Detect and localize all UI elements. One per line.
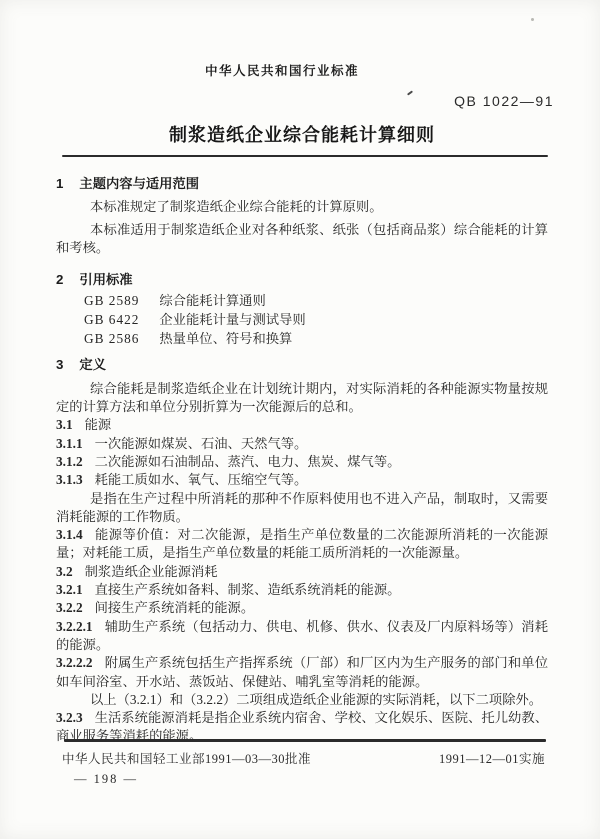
section-title: 引用标准	[79, 272, 132, 287]
clause-3-1-4: 3.1.4能源等价值：对二次能源，是指生产单位数量的二次能源所消耗的一次能源量；…	[56, 526, 548, 563]
clause-text: 制浆造纸企业能源消耗	[85, 564, 218, 579]
clause-text: 耗能工质如水、氧气、压缩空气等。	[95, 472, 308, 487]
clause-3-2-1: 3.2.1直接生产系统如备料、制浆、造纸系统消耗的能源。	[56, 581, 548, 599]
clause-number: 3.2.2	[56, 600, 83, 615]
paragraph: 本标准规定了制浆造纸企业综合能耗的计算原则。	[56, 198, 548, 216]
section-number: 3	[56, 357, 63, 372]
clause-3-2-2: 3.2.2间接生产系统消耗的能源。	[56, 599, 548, 617]
page-number: — 198 —	[74, 772, 138, 787]
clause-3-1-2: 3.1.2二次能源如石油制品、蒸汽、电力、焦炭、煤气等。	[56, 453, 548, 471]
reference-code: GB 6422	[84, 312, 139, 327]
clause-3-1: 3.1能源	[56, 416, 548, 434]
section-title: 定义	[79, 357, 106, 372]
clause-text: 辅助生产系统（包括动力、供电、机修、供水、仪表及厂内原料场等）消耗的能源。	[56, 619, 548, 652]
clause-number: 3.2.1	[56, 582, 83, 597]
clause-number: 3.1.1	[56, 436, 83, 451]
reference-item: GB 2586热量单位、符号和换算	[84, 329, 548, 348]
implementation-note: 1991—12—01实施	[439, 749, 545, 767]
clause-text: 直接生产系统如备料、制浆、造纸系统消耗的能源。	[95, 582, 401, 597]
reference-title: 热量单位、符号和换算	[159, 331, 292, 346]
clause-number: 3.1.4	[56, 527, 83, 542]
section-1-heading: 1主题内容与适用范围	[56, 175, 548, 193]
standard-category-label: 中华人民共和国行业标准	[36, 63, 528, 80]
paragraph: 以上（3.2.1）和（3.2.2）二项组成造纸企业能源的实际消耗，以下二项除外。	[56, 691, 548, 709]
clause-text: 一次能源如煤炭、石油、天然气等。	[95, 436, 308, 451]
footer-divider	[64, 739, 546, 742]
clause-number: 3.2.2.2	[56, 655, 93, 670]
clause-number: 3.1	[56, 417, 73, 432]
scan-artifact-speck	[531, 18, 534, 21]
section-3-heading: 3定义	[56, 356, 548, 374]
clause-text: 能源	[85, 417, 112, 432]
reference-title: 企业能耗计量与测试导则	[159, 312, 305, 327]
clause-text: 能源等价值：对二次能源，是指生产单位数量的二次能源所消耗的一次能源量；对耗能工质…	[56, 527, 548, 560]
page-content: 中华人民共和国行业标准 QB 1022—91 制浆造纸企业综合能耗计算细则 1主…	[0, 63, 600, 746]
section-title: 主题内容与适用范围	[79, 176, 199, 191]
clause-3-2-2-1: 3.2.2.1辅助生产系统（包括动力、供电、机修、供水、仪表及厂内原料场等）消耗…	[56, 618, 548, 655]
paragraph: 是指在生产过程中所消耗的那种不作原料使用也不进入产品，制取时，又需要消耗能源的工…	[56, 490, 548, 527]
standard-code: QB 1022—91	[56, 93, 554, 109]
clause-number: 3.2.3	[56, 710, 83, 725]
reference-code: GB 2586	[84, 331, 139, 346]
paragraph: 综合能耗是制浆造纸企业在计划统计期内，对实际消耗的各种能源实物量按规定的计算方法…	[56, 380, 548, 417]
clause-3-2: 3.2制浆造纸企业能源消耗	[56, 563, 548, 581]
clause-number: 3.2	[56, 564, 73, 579]
section-number: 1	[56, 176, 63, 191]
clause-3-1-3: 3.1.3耗能工质如水、氧气、压缩空气等。	[56, 471, 548, 489]
document-body: 1主题内容与适用范围 本标准规定了制浆造纸企业综合能耗的计算原则。 本标准适用于…	[56, 175, 548, 746]
title-divider	[62, 155, 548, 157]
section-number: 2	[56, 272, 63, 287]
clause-number: 3.1.3	[56, 472, 83, 487]
paragraph: 本标准适用于制浆造纸企业对各种纸浆、纸张（包括商品浆）综合能耗的计算和考核。	[56, 221, 548, 258]
reference-item: GB 2589综合能耗计算通则	[84, 291, 548, 310]
clause-3-1-1: 3.1.1一次能源如煤炭、石油、天然气等。	[56, 435, 548, 453]
section-2-heading: 2引用标准	[56, 271, 548, 289]
clause-number: 3.1.2	[56, 454, 83, 469]
footer: 中华人民共和国轻工业部1991—03—30批准 1991—12—01实施	[62, 749, 545, 767]
clause-text: 间接生产系统消耗的能源。	[95, 600, 255, 615]
clause-text: 附属生产系统包括生产指挥系统（厂部）和厂区内为生产服务的部门和单位如车间浴室、开…	[56, 655, 548, 688]
approval-note: 中华人民共和国轻工业部1991—03—30批准	[62, 749, 311, 767]
document-title: 制浆造纸企业综合能耗计算细则	[56, 122, 548, 148]
clause-number: 3.2.2.1	[56, 619, 93, 634]
clause-text: 二次能源如石油制品、蒸汽、电力、焦炭、煤气等。	[95, 454, 401, 469]
scanned-standard-page: 中华人民共和国行业标准 QB 1022—91 制浆造纸企业综合能耗计算细则 1主…	[0, 0, 600, 839]
reference-title: 综合能耗计算通则	[159, 293, 265, 308]
reference-item: GB 6422企业能耗计量与测试导则	[84, 310, 548, 329]
clause-3-2-2-2: 3.2.2.2附属生产系统包括生产指挥系统（厂部）和厂区内为生产服务的部门和单位…	[56, 654, 548, 691]
reference-code: GB 2589	[84, 293, 139, 308]
